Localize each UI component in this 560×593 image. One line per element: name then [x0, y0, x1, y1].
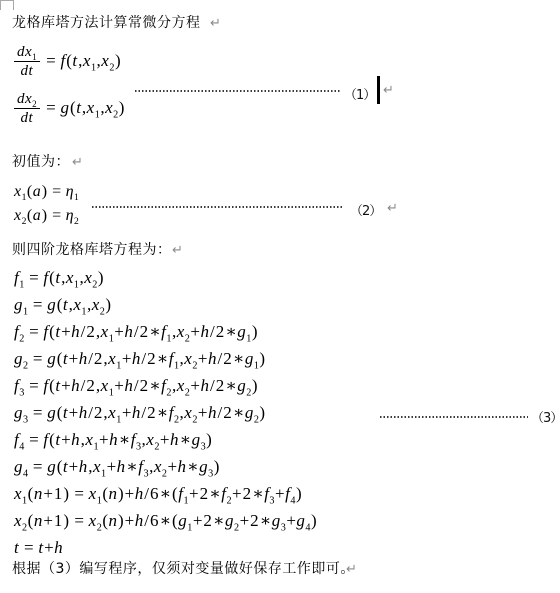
dotted-leader-1 — [135, 90, 341, 92]
title-text: 龙格库塔方法计算常微分方程 — [12, 14, 201, 32]
fraction-numerator: dx2 — [14, 91, 40, 109]
equation-rhs: = g(t,x1,x2) — [46, 98, 125, 118]
equation-line: g2 = g(t+h/2,x1+h/2∗f1,x2+h/2∗g1) — [14, 345, 317, 372]
paragraph-mark-icon: ↵ — [387, 202, 398, 215]
fraction-denominator: dt — [14, 109, 40, 126]
document-page[interactable]: 龙格库塔方法计算常微分方程 ↵ dx1 dt = f(t,x1,x2) dx2 … — [0, 0, 560, 593]
initial-equation-1: x1(a) = η1 — [14, 183, 79, 201]
equation-line: g4 = g(t+h,x1+h∗f3,x2+h∗g3) — [14, 453, 317, 480]
paragraph-mark-icon: ↵ — [172, 244, 183, 257]
equation-line: g1 = g(t,x1,x2) — [14, 291, 317, 318]
equation-ref-1: （1） — [344, 84, 375, 103]
fraction: dx1 dt — [14, 44, 40, 79]
fraction-numerator: dx1 — [14, 44, 40, 62]
equation-line: f4 = f(t+h,x1+h∗f3,x2+h∗g3) — [14, 426, 317, 453]
dotted-leader-2 — [92, 206, 344, 208]
paragraph-mark-icon: ↵ — [210, 17, 221, 30]
page-corner-mark — [0, 0, 14, 10]
equation-line: f3 = f(t+h/2,x1+h/2∗f2,x2+h/2∗g2) — [14, 372, 317, 399]
equation-line: t = t+h — [14, 534, 317, 561]
paragraph-mark-icon: ↵ — [346, 563, 357, 576]
footer-text: 根据（3）编写程序，仅须对变量做好保存工作即可。 — [12, 560, 355, 578]
rk-equation-block: f1 = f(t,x1,x2) g1 = g(t,x1,x2) f2 = f(t… — [14, 264, 317, 561]
initial-values-heading: 初值为： — [12, 153, 70, 171]
equation-line: f2 = f(t+h/2,x1+h/2∗f1,x2+h/2∗g1) — [14, 318, 317, 345]
equation-line: x1(n+1) = x1(n)+h/6∗(f1+2∗f2+2∗f3+f4) — [14, 480, 317, 507]
dotted-leader-3 — [380, 416, 528, 418]
ode-equation-1: dx1 dt = f(t,x1,x2) — [14, 43, 121, 79]
equation-line: f1 = f(t,x1,x2) — [14, 264, 317, 291]
paragraph-mark-icon: ↵ — [383, 84, 394, 97]
equation-ref-3: （3） — [531, 407, 560, 426]
equation-ref-2: （2） — [350, 200, 381, 219]
equation-line: x2(n+1) = x2(n)+h/6∗(g1+2∗g2+2∗g3+g4) — [14, 507, 317, 534]
equation-rhs: = f(t,x1,x2) — [46, 51, 121, 71]
paragraph-mark-icon: ↵ — [72, 156, 83, 169]
rk-heading: 则四阶龙格库塔方程为： — [12, 241, 172, 259]
fraction: dx2 dt — [14, 91, 40, 126]
initial-equation-2: x2(a) = η2 — [14, 207, 79, 225]
equation-line: g3 = g(t+h/2,x1+h/2∗f2,x2+h/2∗g2) — [14, 399, 317, 426]
ode-equation-2: dx2 dt = g(t,x1,x2) — [14, 90, 125, 126]
fraction-denominator: dt — [14, 62, 40, 79]
text-cursor — [377, 76, 380, 104]
